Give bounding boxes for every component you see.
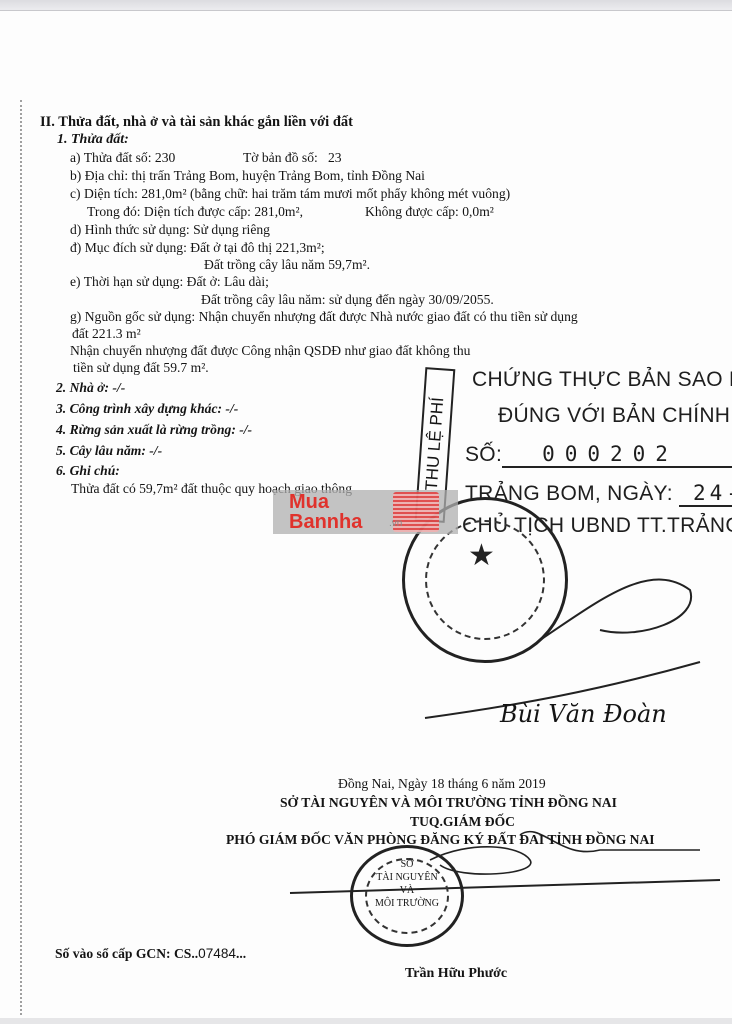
official-seal-department: SỞ TÀI NGUYÊN VÀ MÔI TRƯỜNG: [350, 845, 464, 947]
watermark-text: Mua Bannha: [289, 492, 362, 532]
issuance-place-date: Đồng Nai, Ngày 18 tháng 6 năm 2019: [338, 776, 546, 792]
watermark: Mua Bannha .vn: [273, 490, 458, 534]
issuance-position: PHÓ GIÁM ĐỐC VĂN PHÒNG ĐĂNG KÝ ĐẤT ĐAI T…: [226, 832, 655, 848]
issuance-tuq: TUQ.GIÁM ĐỐC: [410, 814, 515, 830]
certification-signer-name: Bùi Văn Đoàn: [500, 700, 667, 728]
issuing-agency: SỞ TÀI NGUYÊN VÀ MÔI TRƯỜNG TỈNH ĐỒNG NA…: [280, 795, 617, 811]
registry-number: Số vào sổ cấp GCN: CS..07484...: [55, 946, 246, 962]
seal-inner-text: SỞ TÀI NGUYÊN VÀ MÔI TRƯỜNG: [353, 858, 461, 910]
viewer-bottom-bar: [0, 1018, 732, 1024]
issuance-signer-name: Trần Hữu Phước: [405, 966, 507, 982]
